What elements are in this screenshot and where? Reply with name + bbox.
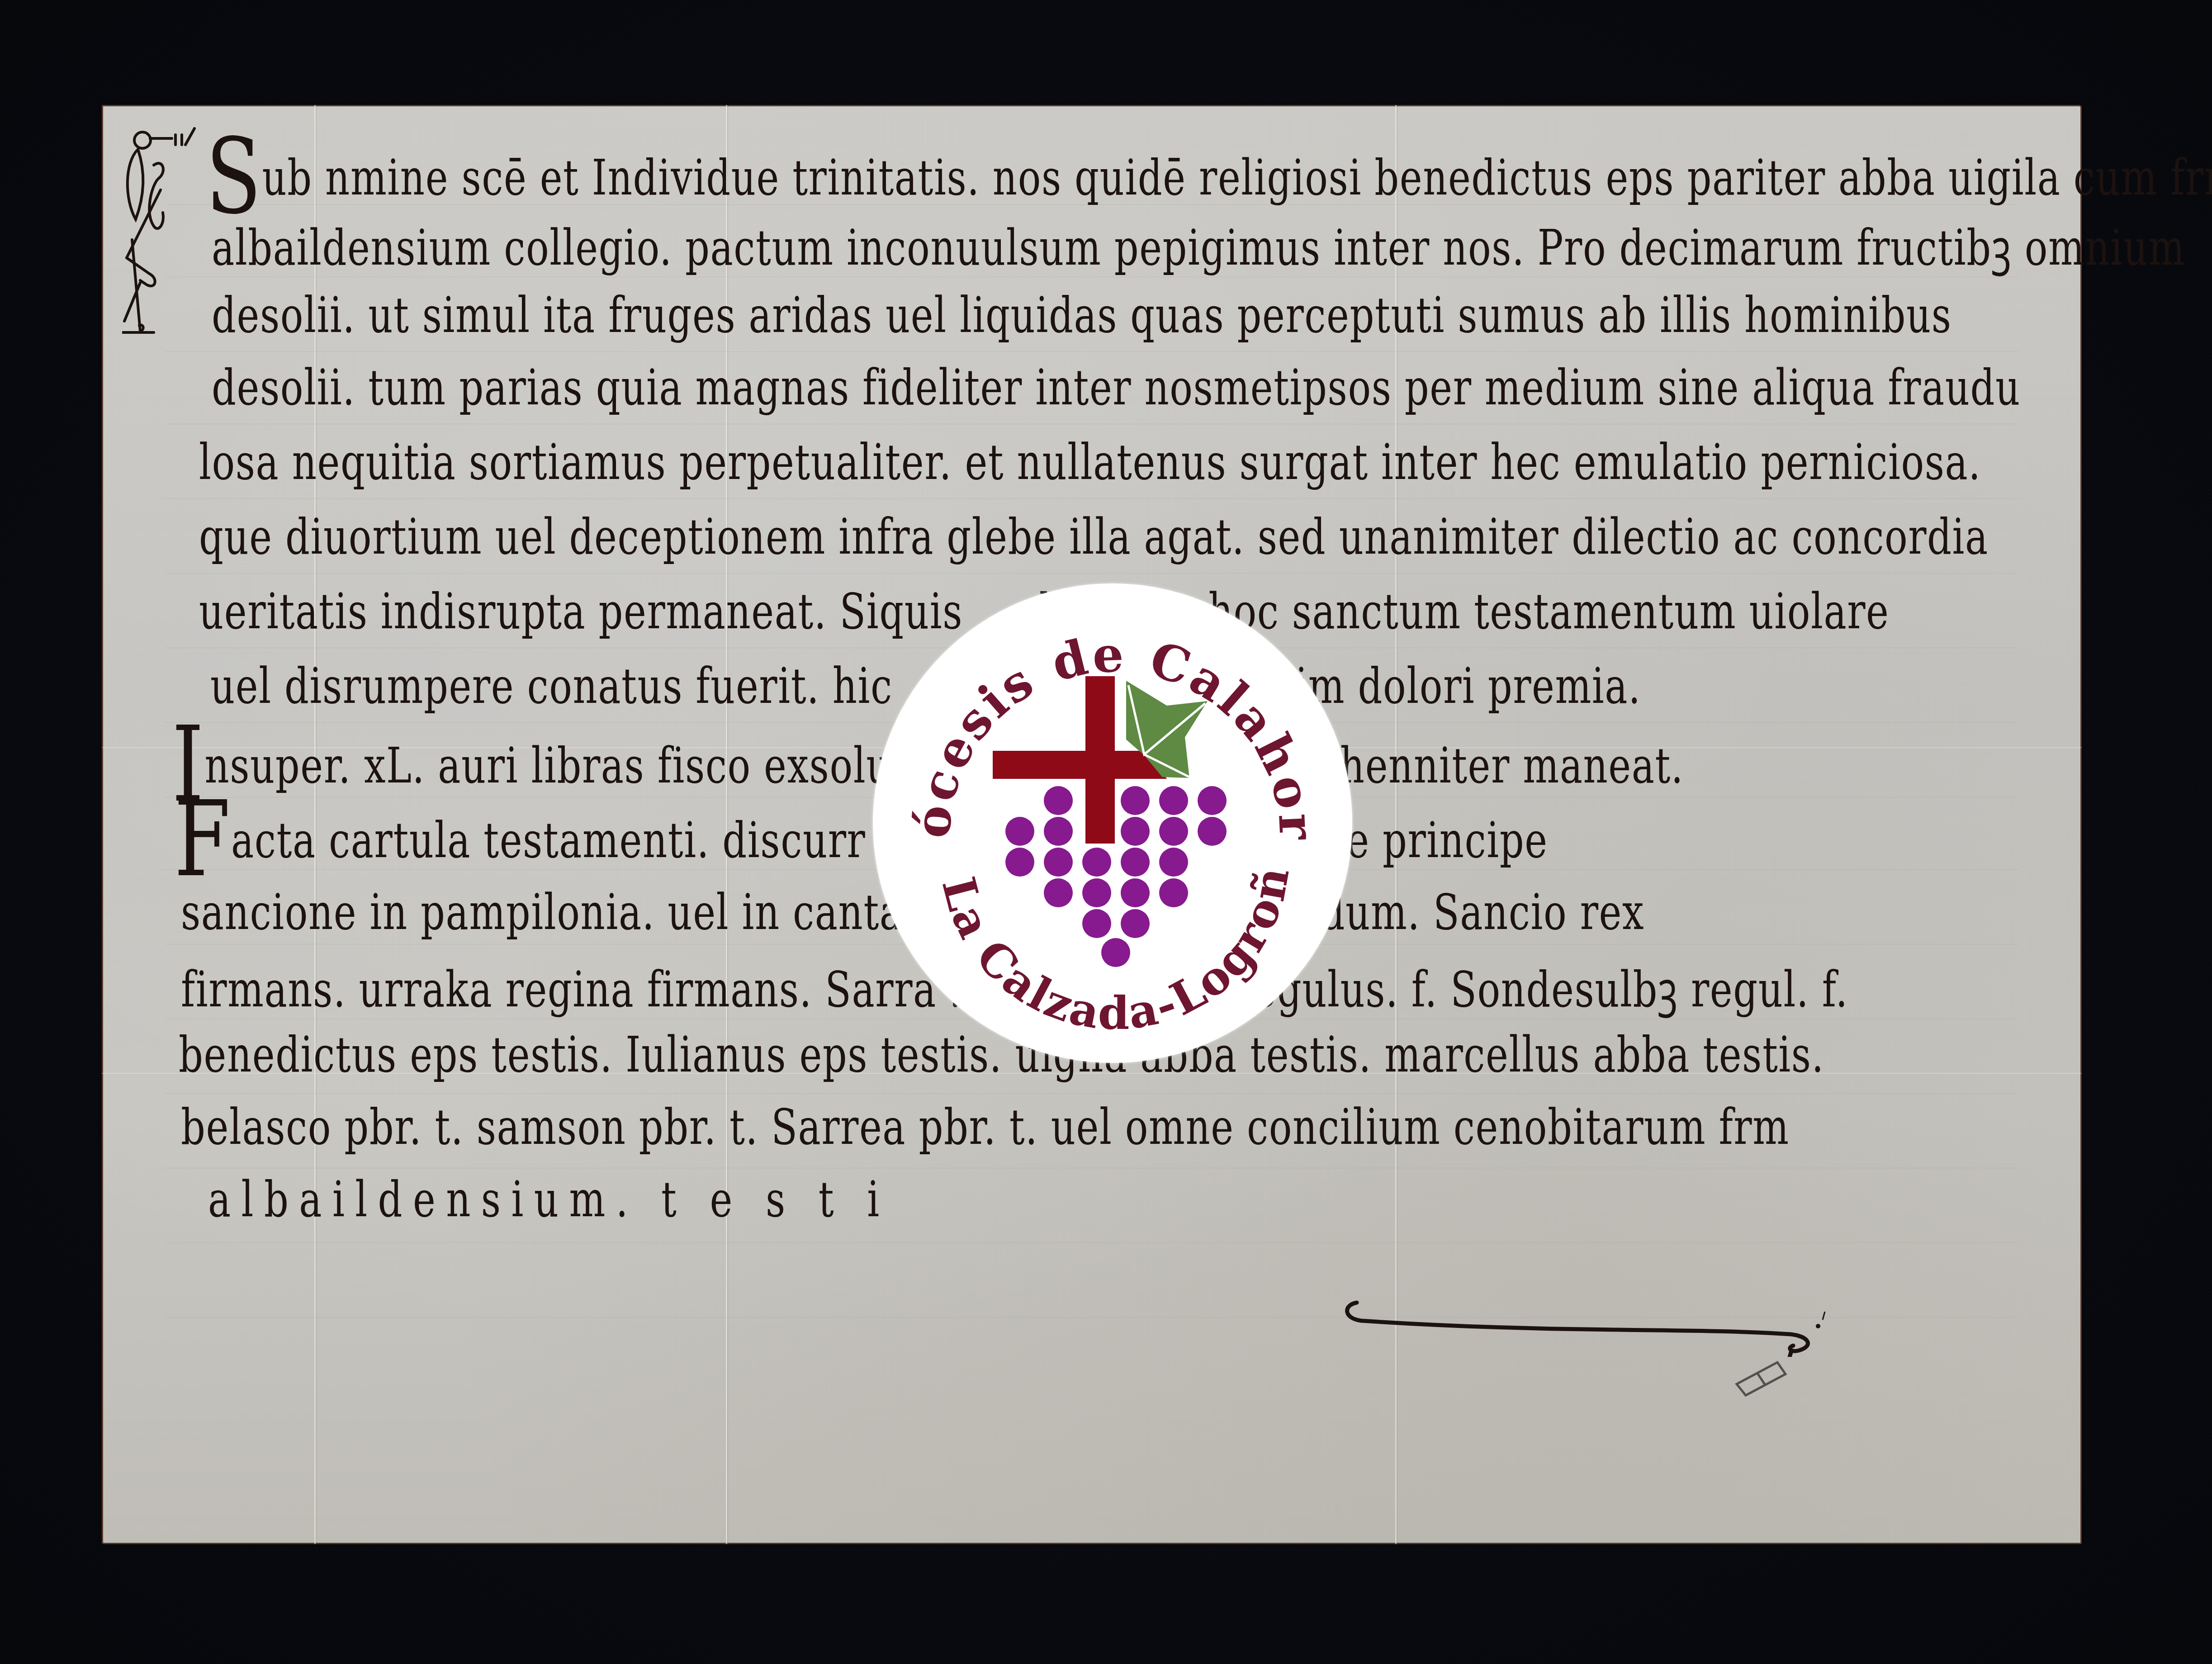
ruling-line [165, 424, 2018, 424]
ruling-line [165, 498, 2018, 499]
line-text: desolii. tum parias quia magnas fidelite… [212, 360, 2021, 416]
decorated-initial: F [174, 779, 231, 900]
line-text: ub nmine scē et Individue trinitatis. no… [262, 150, 2212, 206]
ruling-line [165, 573, 2018, 574]
manuscript-line-14: belasco pbr. t. samson pbr. t. Sarrea pb… [181, 1099, 1790, 1156]
manuscript-line-6: que diuortium uel deceptionem infra gleb… [199, 509, 1989, 565]
grape-cluster-icon [1005, 786, 1227, 967]
line-text: desolii. ut simul ita fruges aridas uel … [212, 287, 1952, 344]
manuscript-line-2: albaildensium collegio. pactum inconuuls… [212, 213, 2185, 279]
ruling-line [165, 1242, 2018, 1243]
ruling-line [165, 351, 2018, 352]
line-text: albaildensium collegio. pactum inconuuls… [212, 220, 2185, 276]
line-text: losa nequitia sortiamus perpetualiter. e… [199, 434, 1981, 491]
chrismon-monogram-icon [122, 122, 199, 335]
closing-flourish [1339, 1294, 1836, 1357]
manuscript-line-4: desolii. tum parias quia magnas fidelite… [212, 360, 2021, 416]
ruling-line [165, 1093, 2018, 1094]
ruling-line [165, 1168, 2018, 1168]
manuscript-line-15: albaildensium. t e s t i [208, 1171, 890, 1228]
archive-stamp-mark [1732, 1352, 1791, 1398]
manuscript-line-3: desolii. ut simul ita fruges aridas uel … [212, 287, 1952, 344]
diocese-watermark-logo: Diócesis de Calahorra y La Calzada-Logro… [873, 583, 1352, 1063]
manuscript-line-5: losa nequitia sortiamus perpetualiter. e… [199, 434, 1981, 491]
manuscript-line-1: Sub nmine scē et Individue trinitatis. n… [206, 136, 2212, 219]
line-text: albaildensium. t e s t i [208, 1171, 890, 1228]
line-text: belasco pbr. t. samson pbr. t. Sarrea pb… [181, 1099, 1790, 1156]
line-text: que diuortium uel deceptionem infra gleb… [199, 509, 1989, 565]
